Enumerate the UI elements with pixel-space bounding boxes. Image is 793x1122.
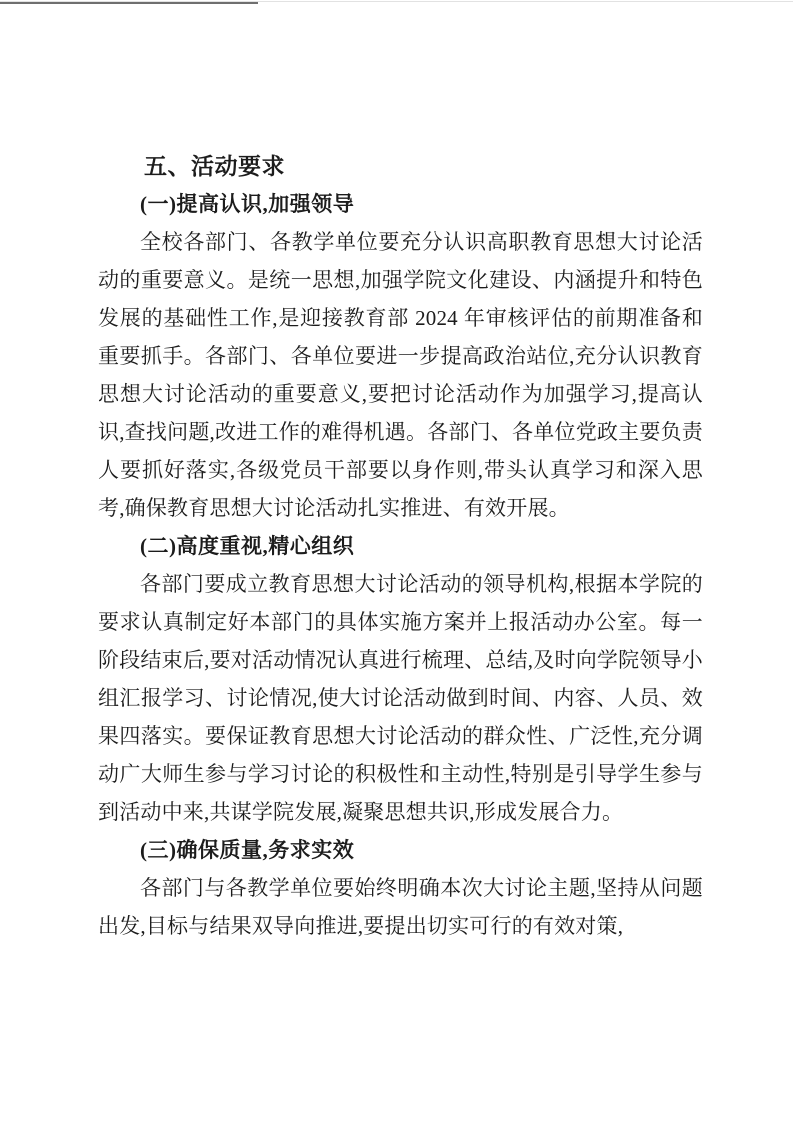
subsection-3-paragraph: 各部门与各教学单位要始终明确本次大讨论主题,坚持从问题出发,目标与结果双导向推进… [98, 869, 703, 945]
scan-edge-artifact-dark [0, 2, 258, 4]
subsection-1-paragraph: 全校各部门、各教学单位要充分认识高职教育思想大讨论活动的重要意义。是统一思想,加… [98, 223, 703, 527]
subsection-2-title: (二)高度重视,精心组织 [98, 527, 703, 565]
subsection-3-title: (三)确保质量,务求实效 [98, 831, 703, 869]
document-page: 五、活动要求 (一)提高认识,加强领导 全校各部门、各教学单位要充分认识高职教育… [0, 0, 793, 1122]
subsection-2-paragraph: 各部门要成立教育思想大讨论活动的领导机构,根据本学院的要求认真制定好本部门的具体… [98, 565, 703, 831]
section-heading: 五、活动要求 [98, 147, 703, 185]
subsection-1-title: (一)提高认识,加强领导 [98, 185, 703, 223]
